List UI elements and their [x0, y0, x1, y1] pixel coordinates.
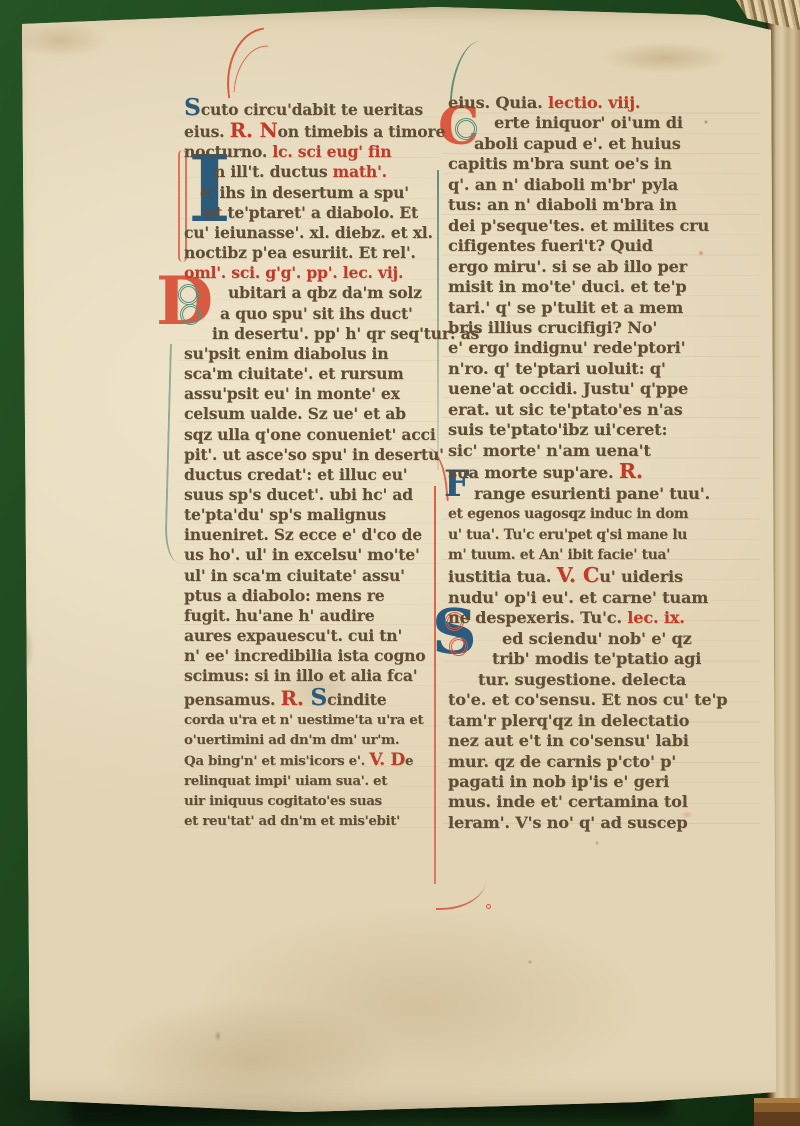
text-line: sua morte sup'are. R.: [448, 461, 716, 483]
manuscript-page: I D C F S Scuto circu'dabit te ueritasei…: [0, 0, 800, 1126]
text-line: ul' in sca'm ciuitate' assu': [184, 566, 440, 586]
text-line: range esurienti pane' tuu'.: [474, 484, 716, 504]
text-line: aures expauescu't. cui tn': [184, 626, 440, 646]
text-line: te'pta'du' sp's malignus: [184, 505, 440, 525]
text-line: cu' ieiunasse'. xl. diebz. et xl.: [184, 223, 440, 243]
text-line: ed sciendu' nob' e' qz: [502, 629, 716, 649]
text-line: e' ihs in desertum a spu': [200, 183, 440, 203]
text-line: ductus credat': et illuc eu': [184, 465, 440, 485]
text-line: sca'm ciuitate'. et rursum: [184, 364, 440, 384]
text-line: bris illius crucifigi? No': [448, 318, 716, 338]
text-line: n ill't. ductus math'.: [214, 162, 440, 182]
text-line: tur. sugestione. delecta: [478, 670, 716, 690]
pen-flourish-teal-tail-d: [164, 344, 184, 562]
pen-flourish-red-ascender-2: [233, 43, 268, 96]
text-line: nudu' op'i eu'. et carne' tuam: [448, 588, 716, 608]
text-line: suis te'ptato'ibz ui'ceret:: [448, 420, 716, 440]
text-line: celsum ualde. Sz ue' et ab: [184, 404, 440, 424]
text-line: in desertu'. pp' h' qr seq'tur: as: [212, 324, 440, 344]
text-line: uir iniquus cogitato'es suas: [184, 791, 440, 811]
text-line: m' tuum. et An' ibit facie' tua': [448, 545, 716, 565]
text-line: eius. R. Non timebis a timore: [184, 120, 440, 142]
text-line: eius. Quia. lectio. viij.: [448, 93, 716, 113]
text-line: erat. ut sic te'ptato'es n'as: [448, 400, 716, 420]
text-line: o'uertimini ad dn'm dm' ur'm.: [184, 730, 440, 750]
text-line: cifigentes fueri't? Quid: [448, 236, 716, 256]
text-line: ut te'ptaret' a diabolo. Et: [204, 203, 440, 223]
text-line: nocturno. lc. sci eug' fin: [184, 142, 440, 162]
board-corner: [754, 1098, 800, 1126]
text-line: pit'. ut asce'so spu' in desertu': [184, 445, 440, 465]
text-line: Qa bing'n' et mis'icors e'. V. De: [184, 750, 440, 771]
text-line: et egenos uagosqz induc in dom: [448, 504, 716, 524]
text-line: trib' modis te'ptatio agi: [492, 649, 716, 669]
pen-flourish-red-terminal-dot: [486, 904, 491, 909]
text-line: inueniret. Sz ecce e' d'co de: [184, 525, 440, 545]
text-line: ergo miru'. si se ab illo per: [448, 257, 716, 277]
text-line: n'ro. q' te'ptari uoluit: q': [448, 359, 716, 379]
text-line: oml'. sci. g'g'. pp'. lec. vij.: [184, 263, 440, 283]
text-line: a quo spu' sit ihs duct': [220, 304, 440, 324]
text-line: nez aut e't in co'sensu' labi: [448, 731, 716, 751]
text-line: mus. inde et' certamina tol: [448, 792, 716, 812]
text-line: e' ergo indignu' rede'ptori': [448, 338, 716, 358]
text-line: uene'at occidi. Justu' q'ppe: [448, 379, 716, 399]
text-line: dei p'seque'tes. et milites cru: [448, 216, 716, 236]
text-line: Scuto circu'dabit te ueritas: [184, 97, 440, 120]
text-line: erte iniquor' oi'um di: [494, 113, 716, 133]
photograph-of-open-book: I D C F S Scuto circu'dabit te ueritasei…: [0, 0, 800, 1126]
text-column-right: eius. Quia. lectio. viij.erte iniquor' o…: [448, 93, 716, 833]
text-line: ptus a diabolo: mens re: [184, 586, 440, 606]
pen-flourish-red-hook: [436, 872, 486, 910]
text-line: n' ee' incredibilia ista cogno: [184, 646, 440, 666]
text-column-left: Scuto circu'dabit te ueritaseius. R. Non…: [184, 97, 440, 832]
text-line: ubitari a qbz da'm solz: [228, 283, 440, 303]
text-line: pensamus. R. Scindite: [184, 687, 440, 710]
text-line: su'psit enim diabolus in: [184, 344, 440, 364]
text-line: relinquat impi' uiam sua'. et: [184, 771, 440, 791]
text-line: aboli capud e'. et huius: [474, 134, 716, 154]
text-line: tus: an n' diaboli m'bra in: [448, 195, 716, 215]
text-line: ne despexeris. Tu'c. lec. ix.: [448, 608, 716, 628]
text-line: sqz ulla q'one conueniet' acci: [184, 425, 440, 445]
text-line: u' tua'. Tu'c eru'pet q'si mane lu: [448, 525, 716, 545]
text-line: misit in mo'te' duci. et te'p: [448, 277, 716, 297]
text-line: suus sp's ducet'. ubi hc' ad: [184, 485, 440, 505]
text-line: capitis m'bra sunt oe's in: [448, 154, 716, 174]
text-line: us ho'. ul' in excelsu' mo'te': [184, 545, 440, 565]
text-line: tari.' q' se p'tulit et a mem: [448, 298, 716, 318]
text-line: assu'psit eu' in monte' ex: [184, 384, 440, 404]
text-line: q'. an n' diaboli m'br' pyla: [448, 175, 716, 195]
text-line: tam'r plerq'qz in delectatio: [448, 711, 716, 731]
text-line: leram'. V's no' q' ad suscep: [448, 813, 716, 833]
text-line: iustitia tua. V. Cu' uideris: [448, 565, 716, 587]
text-line: et reu'tat' ad dn'm et mis'ebit': [184, 811, 440, 831]
text-line: noctibz p'ea esuriit. Et rel'.: [184, 243, 440, 263]
text-line: fugit. hu'ane h' audire: [184, 606, 440, 626]
text-line: corda u'ra et n' uestime'ta u'ra et: [184, 710, 440, 730]
text-line: sic' morte' n'am uena't: [448, 441, 716, 461]
pen-flourish-red-ascender: [220, 28, 272, 99]
text-line: pagati in nob ip'is e' geri: [448, 772, 716, 792]
text-line: to'e. et co'sensu. Et nos cu' te'p: [448, 690, 716, 710]
text-line: mur. qz de carnis p'cto' p': [448, 752, 716, 772]
